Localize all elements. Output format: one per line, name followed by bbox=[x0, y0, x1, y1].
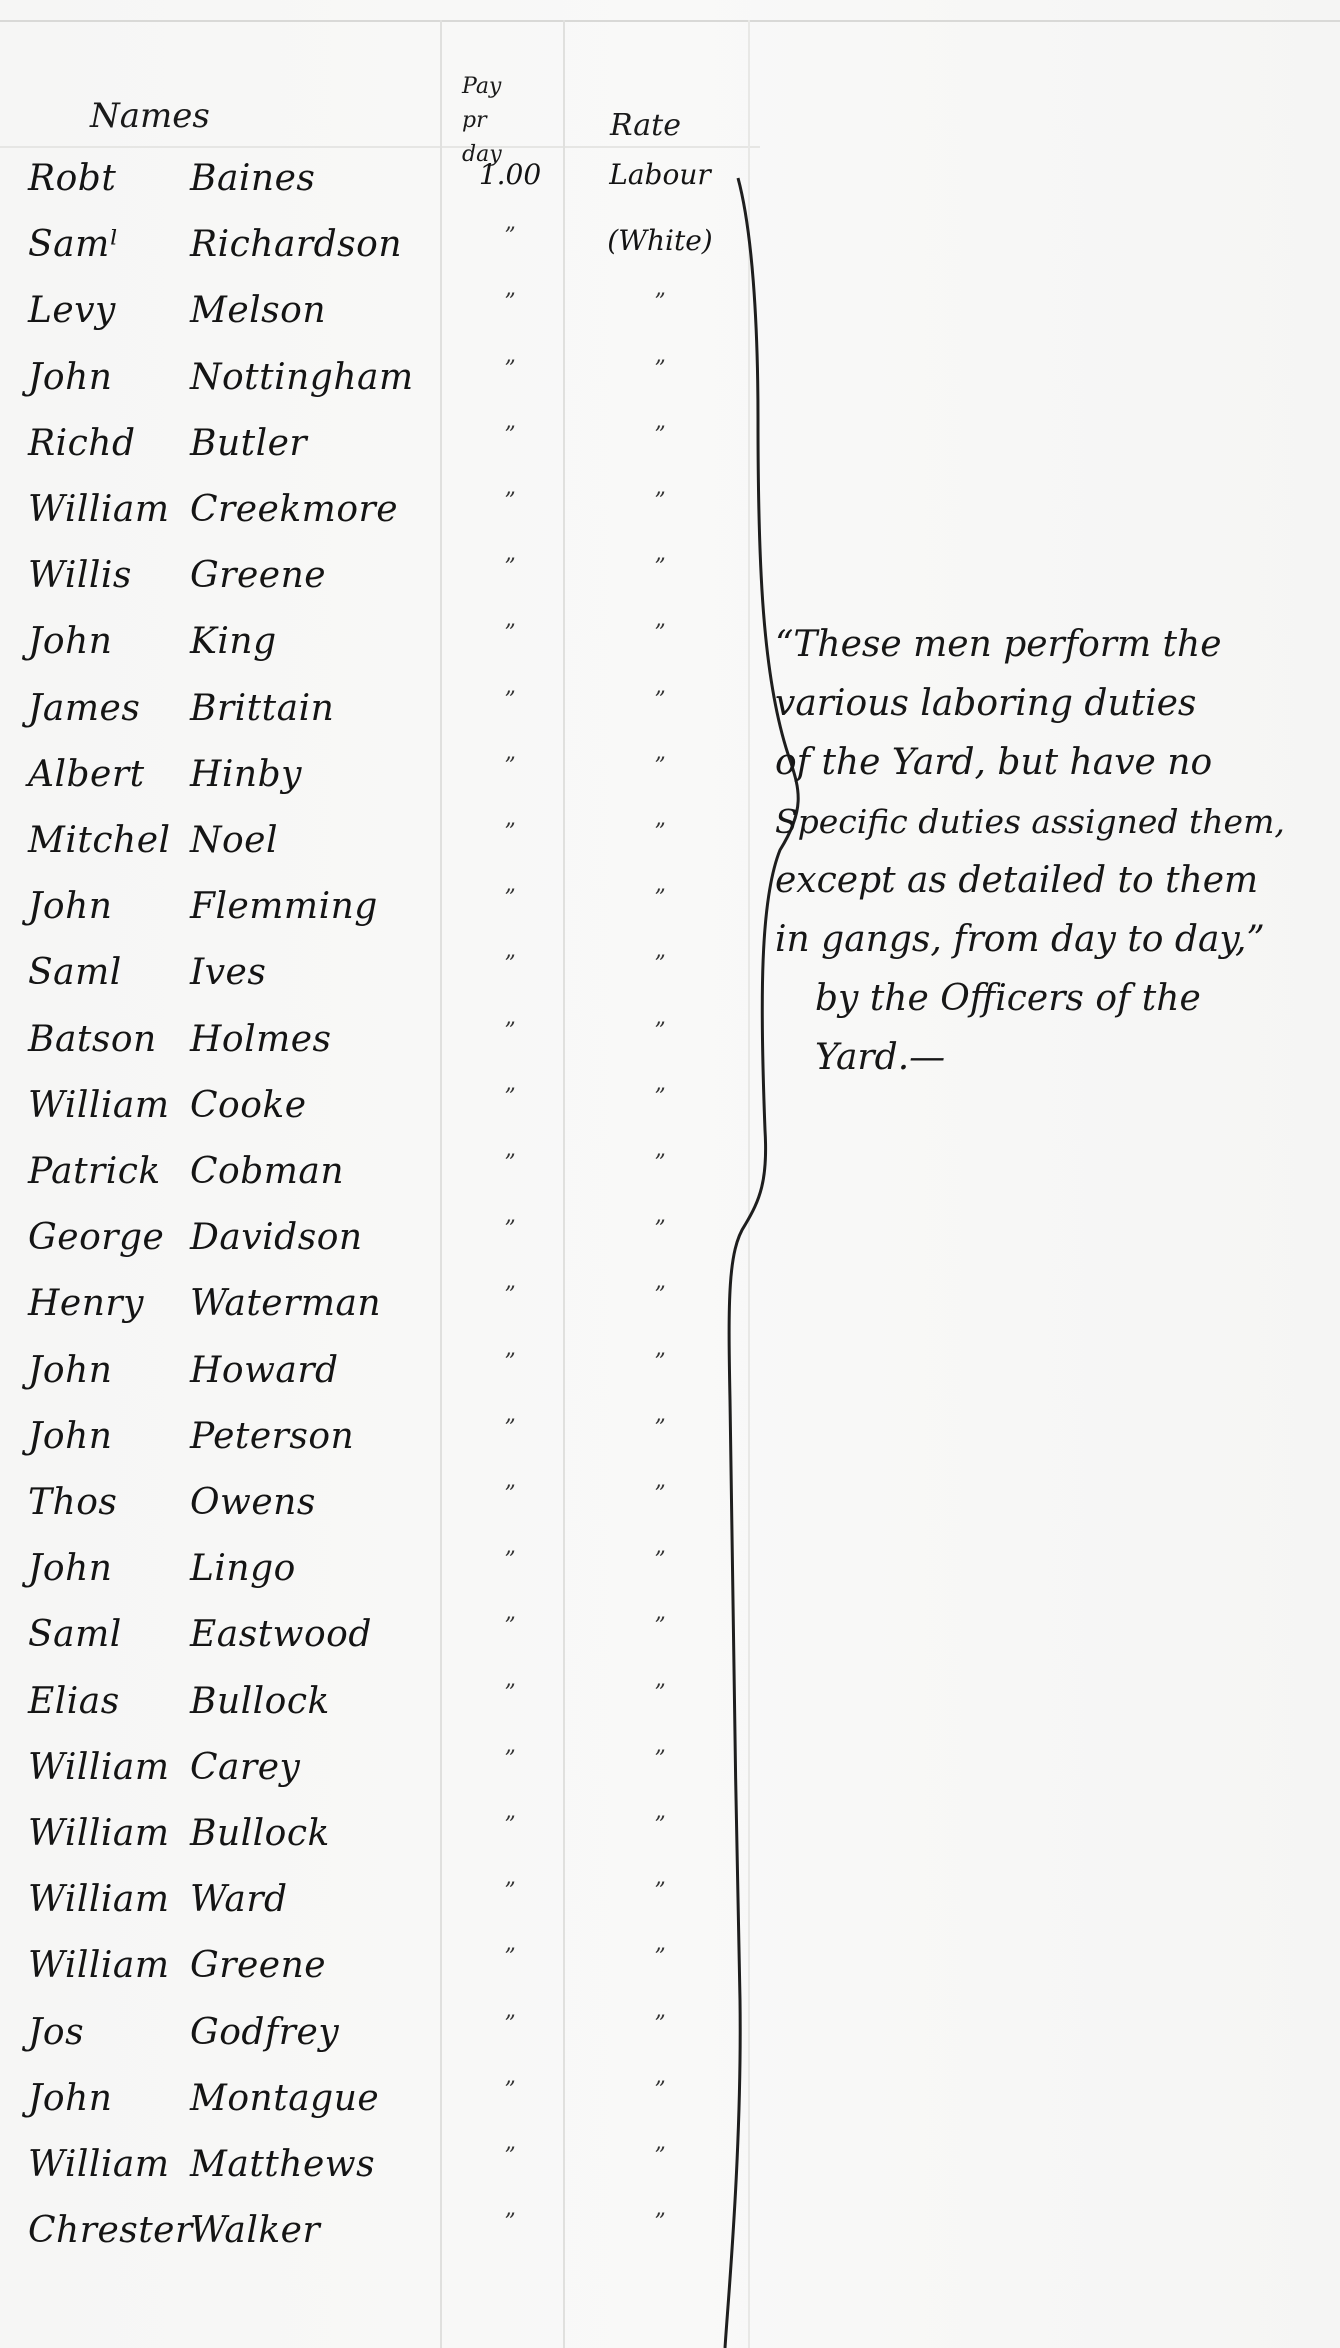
note-line: in gangs, from day to day,” bbox=[775, 910, 1335, 969]
note-line: Yard.— bbox=[775, 1028, 1335, 1087]
note-line: except as detailed to them bbox=[775, 851, 1335, 910]
note-line: various laboring duties bbox=[775, 674, 1335, 733]
ledger-page: Names Pay pr day Rate RobtBaines1.00Labo… bbox=[0, 0, 1340, 2348]
note-line: of the Yard, but have no bbox=[775, 733, 1335, 792]
remarks-note: “These men perform the various laboring … bbox=[775, 615, 1335, 1087]
note-line: “These men perform the bbox=[775, 615, 1335, 674]
brace-bracket-icon bbox=[0, 0, 1340, 2348]
note-line: Specific duties assigned them, bbox=[775, 792, 1335, 851]
note-line: by the Officers of the bbox=[775, 969, 1335, 1028]
